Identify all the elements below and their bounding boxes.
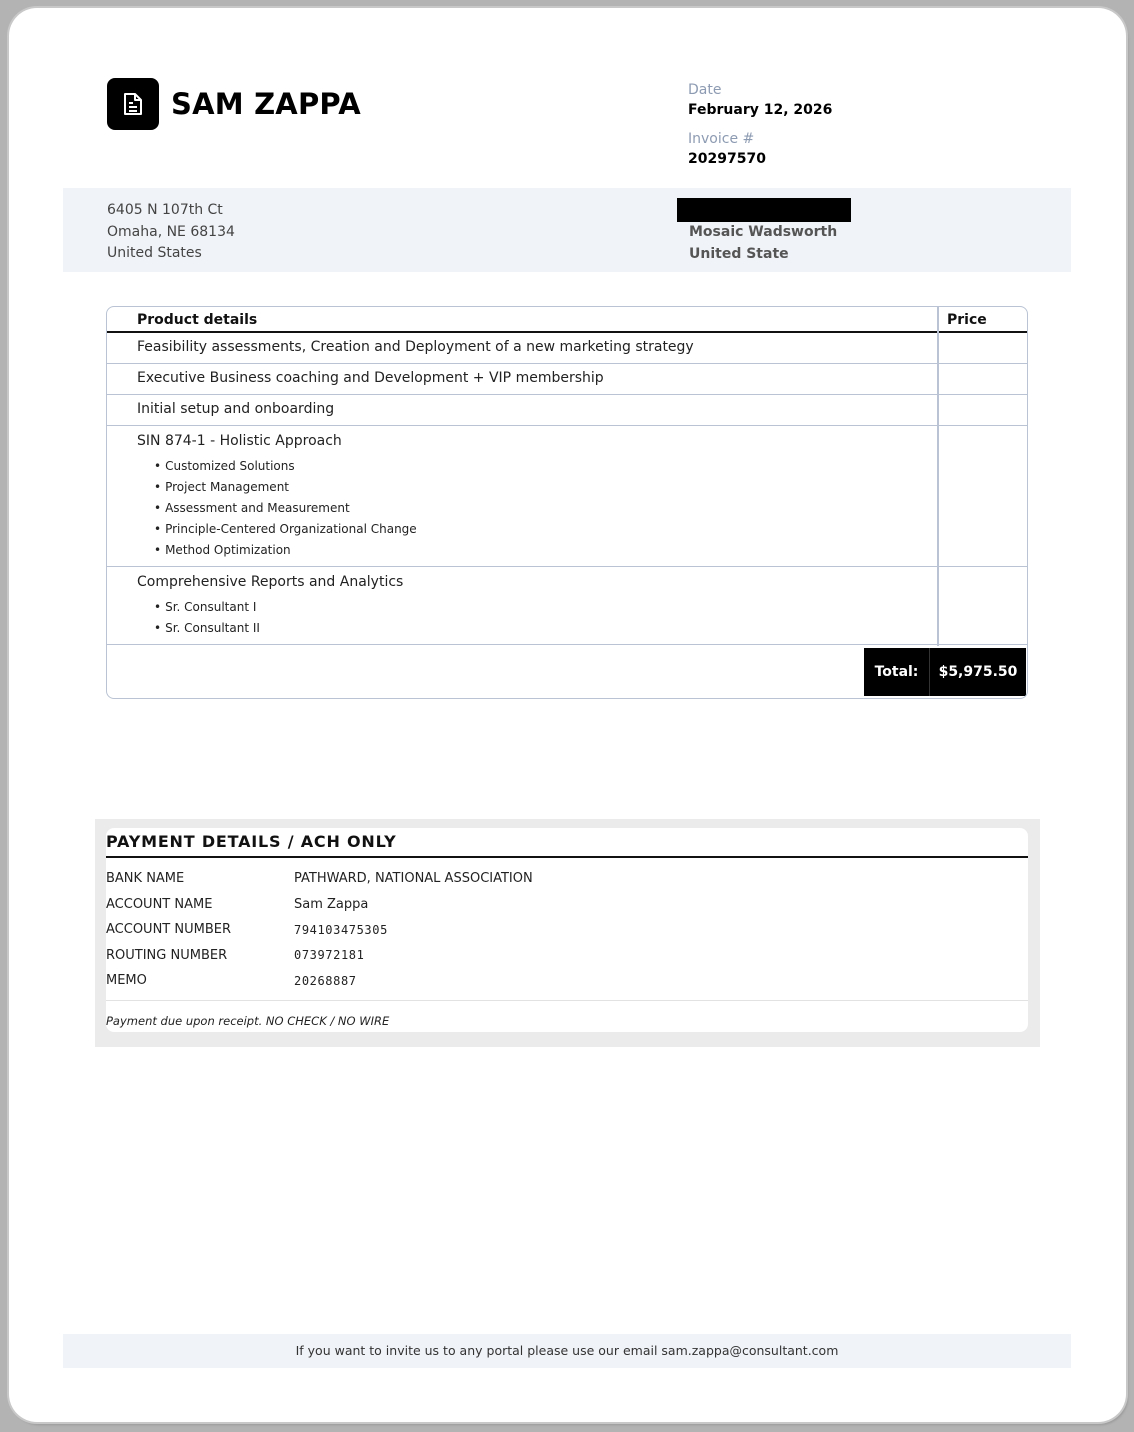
header-price: Price [947,312,987,328]
invoice-meta: Date February 12, 2026 Invoice # 2029757… [688,82,832,167]
payment-title-rule [106,856,1028,858]
payment-key: MEMO [106,973,294,988]
bullet-item: Project Management [154,477,417,498]
payment-row-memo: MEMO 20268887 [106,968,533,994]
redacted-block [677,198,851,222]
payment-rows: BANK NAME PATHWARD, NATIONAL ASSOCIATION… [106,866,533,994]
address-band: 6405 N 107th Ct Omaha, NE 68134 United S… [63,188,1071,272]
payment-key: BANK NAME [106,871,294,886]
payment-value: 20268887 [294,974,357,988]
payment-row-routing-number: ROUTING NUMBER 073972181 [106,943,533,969]
brand-header: SAM ZAPPA [107,78,361,130]
payment-row-account-number: ACCOUNT NUMBER 794103475305 [106,917,533,943]
total-value: $5,975.50 [930,664,1026,680]
from-address-line: 6405 N 107th Ct [107,200,235,222]
date-label: Date [688,82,832,98]
invoice-number-label: Invoice # [688,131,832,147]
row-title: Comprehensive Reports and Analytics [137,574,403,590]
bullet-item: Customized Solutions [154,456,417,477]
to-address-line: Mosaic Wadsworth [689,221,837,243]
payment-value: 073972181 [294,948,364,962]
table-row: Executive Business coaching and Developm… [107,364,1027,395]
row-bullets: Customized Solutions Project Management … [154,456,417,561]
row-bullets: Sr. Consultant I Sr. Consultant II [154,597,260,639]
to-address-line: United State [689,243,837,265]
table-row: Feasibility assessments, Creation and De… [107,333,1027,364]
payment-key: ROUTING NUMBER [106,948,294,963]
row-title: SIN 874-1 - Holistic Approach [137,433,342,449]
invoice-number-value: 20297570 [688,151,832,167]
from-address-line: United States [107,243,235,265]
document-icon [107,78,159,130]
payment-title: PAYMENT DETAILS / ACH ONLY [106,832,397,851]
from-address-line: Omaha, NE 68134 [107,222,235,244]
row-title: Initial setup and onboarding [137,401,334,417]
row-title: Executive Business coaching and Developm… [137,370,604,386]
footer-note: If you want to invite us to any portal p… [63,1334,1071,1368]
payment-key: ACCOUNT NAME [106,897,294,912]
payment-value: 794103475305 [294,923,388,937]
bullet-item: Method Optimization [154,540,417,561]
from-address: 6405 N 107th Ct Omaha, NE 68134 United S… [107,200,235,265]
payment-row-bank-name: BANK NAME PATHWARD, NATIONAL ASSOCIATION [106,866,533,892]
total-box: Total: $5,975.50 [864,648,1026,696]
product-table: Product details Price Feasibility assess… [106,306,1028,699]
payment-key: ACCOUNT NUMBER [106,922,294,937]
header-product-details: Product details [137,312,257,328]
payment-note: Payment due upon receipt. NO CHECK / NO … [106,1014,389,1028]
to-address: Mosaic Wadsworth United State [689,221,837,265]
invoice-page: SAM ZAPPA Date February 12, 2026 Invoice… [9,8,1126,1422]
column-divider [937,307,939,646]
total-label: Total: [864,648,930,696]
company-name: SAM ZAPPA [171,87,361,121]
table-row: Initial setup and onboarding [107,395,1027,426]
payment-separator [106,1000,1028,1001]
bullet-item: Sr. Consultant I [154,597,260,618]
bullet-item: Assessment and Measurement [154,498,417,519]
payment-value: PATHWARD, NATIONAL ASSOCIATION [294,871,533,886]
row-title: Feasibility assessments, Creation and De… [137,339,694,355]
payment-row-account-name: ACCOUNT NAME Sam Zappa [106,892,533,918]
bullet-item: Sr. Consultant II [154,618,260,639]
table-row: SIN 874-1 - Holistic Approach Customized… [107,426,1027,567]
payment-details-panel: PAYMENT DETAILS / ACH ONLY BANK NAME PAT… [95,819,1040,1047]
bullet-item: Principle-Centered Organizational Change [154,519,417,540]
payment-value: Sam Zappa [294,897,368,912]
table-row: Comprehensive Reports and Analytics Sr. … [107,567,1027,645]
date-value: February 12, 2026 [688,102,832,118]
payment-details-card: PAYMENT DETAILS / ACH ONLY BANK NAME PAT… [106,828,1028,1032]
table-header: Product details Price [107,307,1027,333]
